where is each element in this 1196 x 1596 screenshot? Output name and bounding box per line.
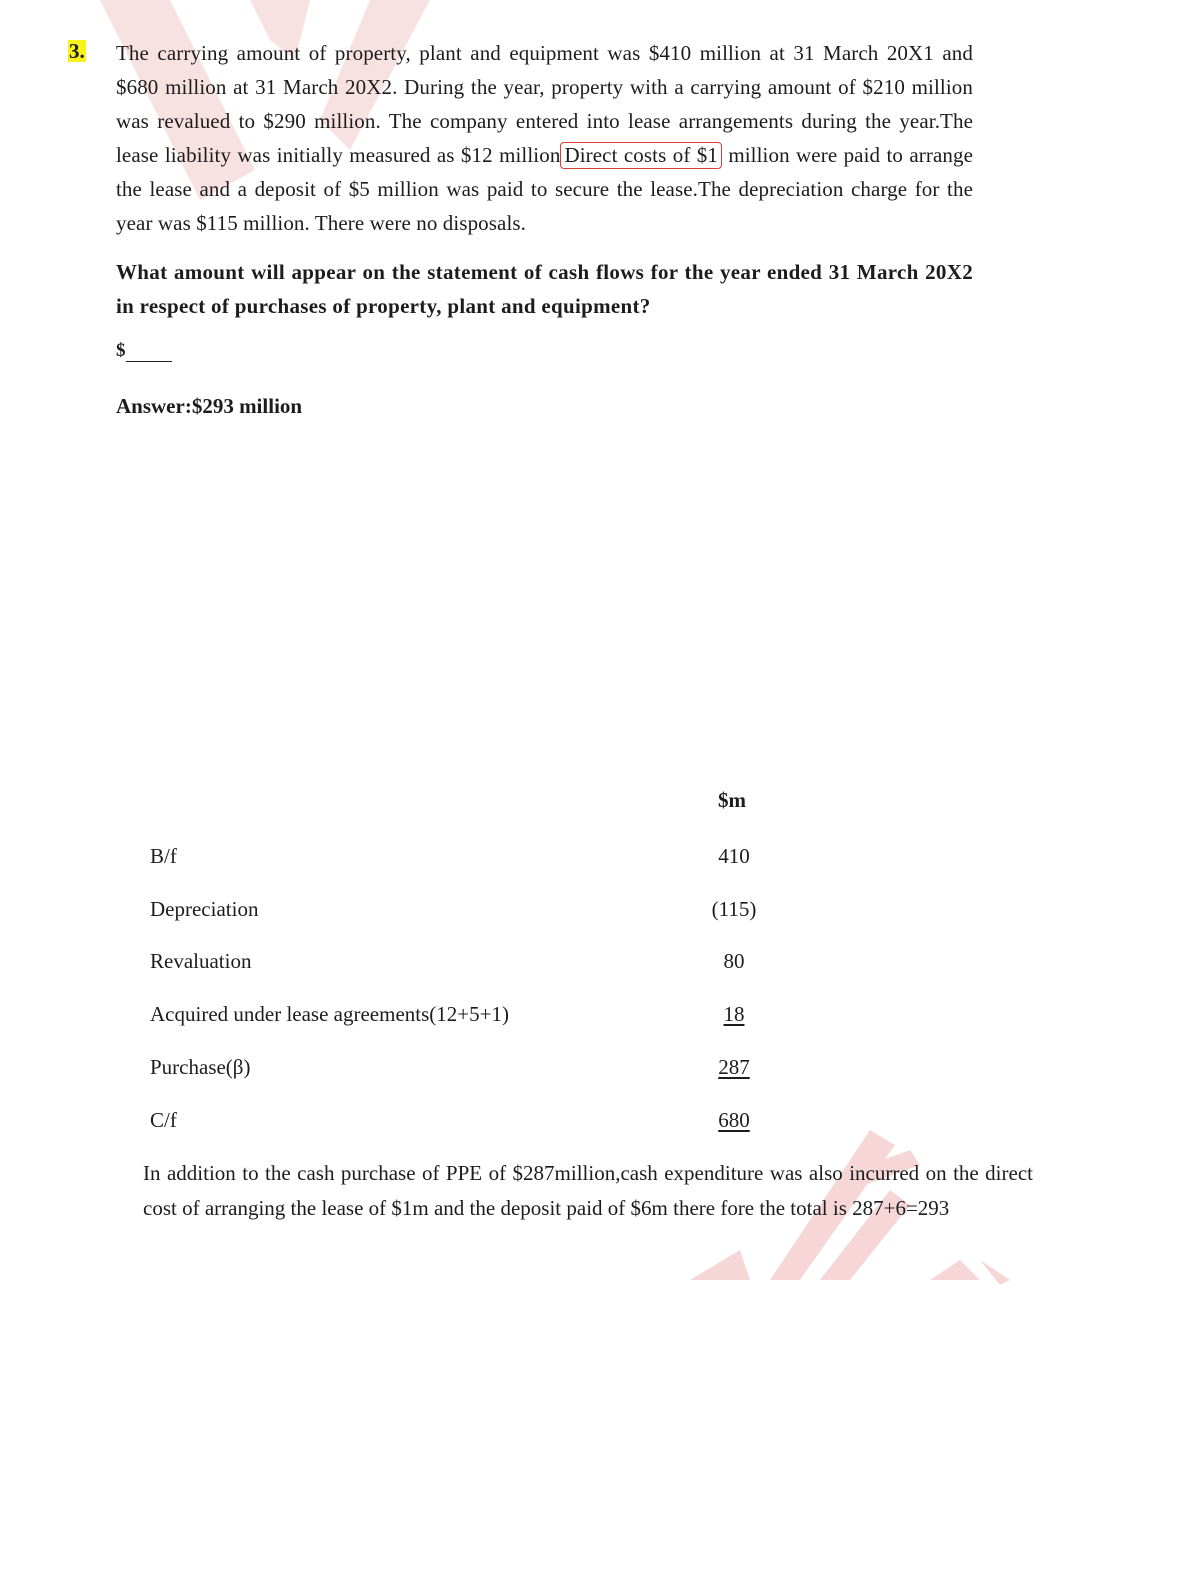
question-number: 3. xyxy=(68,40,86,62)
table-row: Acquired under lease agreements(12+5+1)1… xyxy=(150,1002,850,1032)
row-value: 18 xyxy=(684,1002,784,1027)
table-row: C/f680 xyxy=(150,1108,850,1138)
answer-blank: $ xyxy=(116,340,172,362)
row-value: 80 xyxy=(684,949,784,974)
column-header: $m xyxy=(718,788,746,813)
question-text: The carrying amount of property, plant a… xyxy=(116,36,973,240)
answer-blank-prefix: $ xyxy=(116,340,126,361)
row-label: Revaluation xyxy=(150,949,251,974)
row-label: Purchase(β) xyxy=(150,1055,250,1080)
explanation-text: In addition to the cash purchase of PPE … xyxy=(143,1156,1033,1226)
highlighted-annotation: Direct costs of $1 xyxy=(560,142,722,169)
row-value: 287 xyxy=(684,1055,784,1080)
row-label: B/f xyxy=(150,844,177,869)
row-value: 680 xyxy=(684,1108,784,1133)
row-label: C/f xyxy=(150,1108,177,1133)
answer-text: Answer:$293 million xyxy=(116,394,302,419)
table-row: Depreciation(115) xyxy=(150,897,850,927)
table-row: B/f410 xyxy=(150,844,850,874)
row-label: Depreciation xyxy=(150,897,258,922)
row-label: Acquired under lease agreements(12+5+1) xyxy=(150,1002,509,1027)
answer-blank-line xyxy=(126,341,172,362)
table-row: Purchase(β)287 xyxy=(150,1055,850,1085)
row-value: (115) xyxy=(684,897,784,922)
table-row: Revaluation80 xyxy=(150,949,850,979)
question-prompt: What amount will appear on the statement… xyxy=(116,255,973,323)
row-value: 410 xyxy=(684,844,784,869)
